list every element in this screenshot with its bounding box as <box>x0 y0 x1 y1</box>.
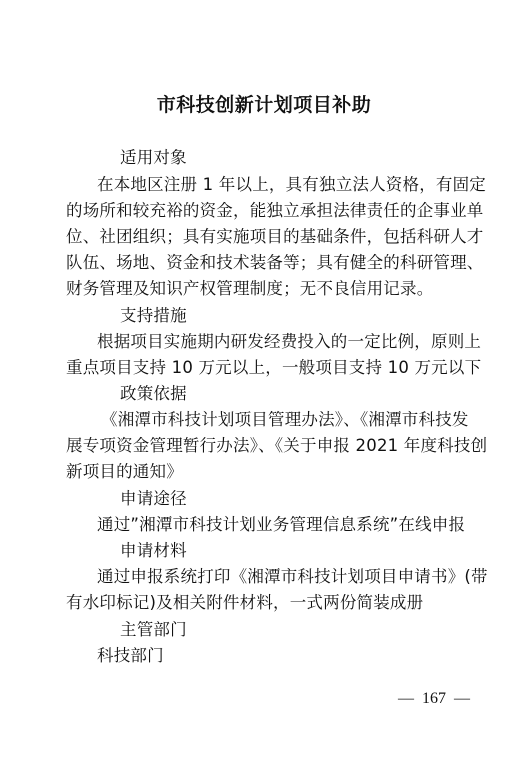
paragraph-line: 根据项目实施期内研发经费投入的一定比例，原则上 <box>97 332 497 352</box>
section-heading: 申请材料 <box>120 541 520 561</box>
paragraph-line: 有水印标记)及相关附件材料，一式两份简装成册 <box>66 593 466 613</box>
document-title: 市科技创新计划项目补助 <box>0 90 528 117</box>
page-number: — 167 — <box>398 690 470 708</box>
paragraph-line: 重点项目支持 10 万元以上，一般项目支持 10 万元以下 <box>66 358 466 378</box>
paragraph-line: 位、社团组织；具有实施项目的基础条件，包括科研人才 <box>66 227 466 247</box>
paragraph-line: 通过申报系统打印《湘潭市科技计划项目申请书》(带 <box>97 567 497 587</box>
paragraph-line: 展专项资金管理暂行办法》、《关于申报 2021 年度科技创 <box>66 436 466 456</box>
section-heading: 适用对象 <box>120 148 520 168</box>
section-heading: 申请途径 <box>120 489 520 509</box>
paragraph-line: 财务管理及知识产权管理制度；无不良信用记录。 <box>66 279 466 299</box>
paragraph-line: 新项目的通知》 <box>66 462 466 482</box>
section-heading: 政策依据 <box>120 384 520 404</box>
paragraph-line: 在本地区注册 1 年以上，具有独立法人资格，有固定 <box>97 175 497 195</box>
paragraph-line: 科技部门 <box>97 646 497 666</box>
paragraph-line: 队伍、场地、资金和技术装备等；具有健全的科研管理、 <box>66 253 466 273</box>
section-heading: 主管部门 <box>120 620 520 640</box>
paragraph-line: 《湘潭市科技计划项目管理办法》、《湘潭市科技发 <box>101 410 501 430</box>
paragraph-line: 通过”湘潭市科技计划业务管理信息系统”在线申报 <box>97 515 497 535</box>
section-heading: 支持措施 <box>120 306 520 326</box>
paragraph-line: 的场所和较充裕的资金，能独立承担法律责任的企事业单 <box>66 201 466 221</box>
